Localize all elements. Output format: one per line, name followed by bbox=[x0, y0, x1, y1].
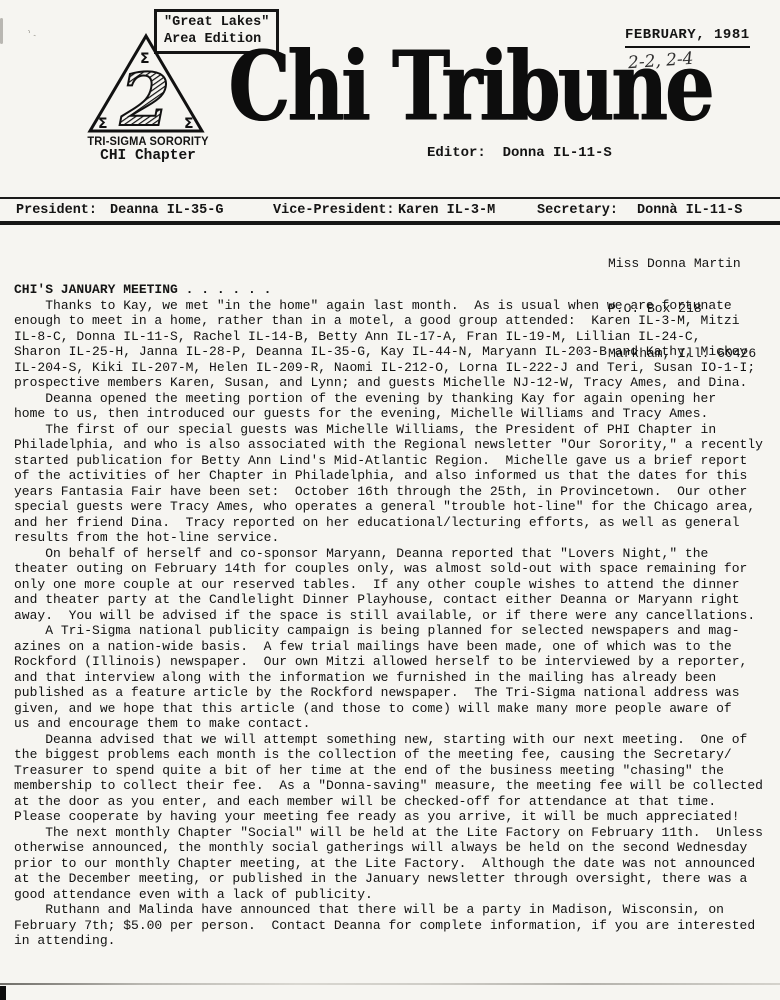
bottom-corner-mark bbox=[0, 986, 6, 1000]
secretary-label: Secretary: bbox=[537, 203, 618, 218]
scan-smudge: ˒ˏ bbox=[26, 22, 40, 30]
triangle-logo-icon: Σ Σ Σ 2 bbox=[84, 30, 214, 136]
vice-president-name: Karen IL-3-M bbox=[398, 203, 495, 218]
paragraph: A Tri-Sigma national publicity campaign … bbox=[14, 623, 774, 732]
paragraph: Thanks to Kay, we met "in the home" agai… bbox=[14, 298, 774, 391]
address-line: Miss Donna Martin bbox=[608, 256, 756, 271]
vice-president-label: Vice-President: bbox=[273, 203, 395, 218]
divider-thin bbox=[0, 197, 780, 199]
sigma-icon: Σ bbox=[98, 116, 108, 132]
bottom-faint-rule bbox=[0, 983, 780, 985]
chapter-name: CHI Chapter bbox=[62, 148, 234, 164]
paragraph: The first of our special guests was Mich… bbox=[14, 422, 774, 546]
paragraph: The next monthly Chapter "Social" will b… bbox=[14, 825, 774, 903]
paragraph: Ruthann and Malinda have announced that … bbox=[14, 902, 774, 949]
issue-date: FEBRUARY, 1981 bbox=[625, 27, 750, 48]
logo-numeral-2: 2 bbox=[119, 57, 170, 136]
secretary-name: Donnà IL-11-S bbox=[637, 203, 742, 218]
newsletter-page: ˒ˏ "Great Lakes" Area Edition Σ Σ Σ 2 TR… bbox=[0, 0, 780, 1000]
editor-line: Editor: Donna IL-11-S bbox=[427, 145, 612, 161]
paragraph: Deanna advised that we will attempt some… bbox=[14, 732, 774, 825]
article-body: CHI'S JANUARY MEETING . . . . . . Thanks… bbox=[14, 282, 774, 949]
paragraph: Deanna opened the meeting portion of the… bbox=[14, 391, 774, 422]
paragraph: On behalf of herself and co-sponsor Mary… bbox=[14, 546, 774, 624]
divider-thick bbox=[0, 221, 780, 225]
sigma-icon: Σ bbox=[184, 116, 194, 132]
sorority-name: TRI-SIGMA SORORITY bbox=[69, 134, 227, 148]
president-label: President: bbox=[16, 203, 97, 218]
article-heading: CHI'S JANUARY MEETING . . . . . . bbox=[14, 282, 774, 298]
president-name: Deanna IL-35-G bbox=[110, 203, 223, 218]
tri-sigma-logo: Σ Σ Σ 2 bbox=[84, 30, 214, 136]
officers-row: President: Deanna IL-35-G Vice-President… bbox=[0, 203, 780, 219]
edition-badge-line1: "Great Lakes" bbox=[164, 15, 269, 30]
scan-smudge bbox=[0, 18, 3, 44]
